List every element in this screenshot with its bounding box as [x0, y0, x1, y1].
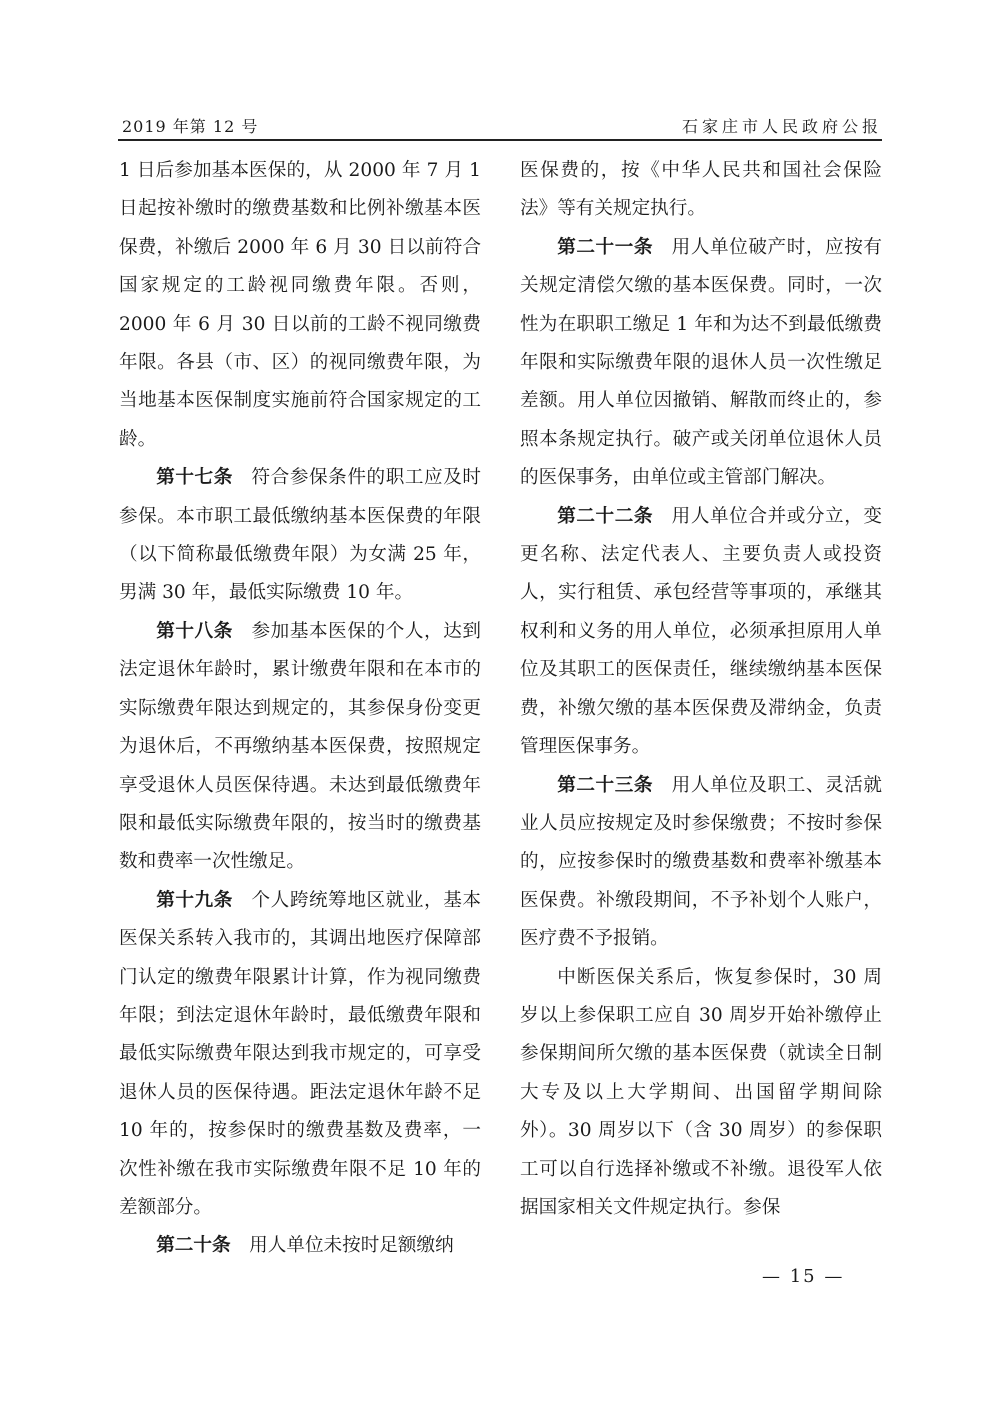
- right-column: 医保费的，按《中华人民共和国社会保险法》等有关规定执行。 第二十一条用人单位破产…: [520, 152, 882, 1227]
- article-18: 第十八条参加基本医保的个人，达到法定退休年龄时，累计缴费年限和在本市的实际缴费年…: [119, 613, 481, 882]
- article-23: 第二十三条用人单位及职工、灵活就业人员应按规定及时参保缴费；不按时参保的，应按参…: [520, 767, 882, 959]
- page-number: — 15 —: [762, 1266, 844, 1287]
- paragraph-text: 用人单位合并或分立，变更名称、法定代表人、主要负责人或投资人，实行租赁、承包经营…: [520, 506, 882, 757]
- article-17: 第十七条符合参保条件的职工应及时参保。本市职工最低缴纳基本医保费的年限（以下简称…: [119, 459, 481, 613]
- paragraph-text: 用人单位及职工、灵活就业人员应按规定及时参保缴费；不按时参保的，应按参保时的缴费…: [520, 775, 882, 950]
- paragraph: 医保费的，按《中华人民共和国社会保险法》等有关规定执行。: [520, 152, 882, 229]
- paragraph: 中断医保关系后，恢复参保时，30 周岁以上参保职工应自 30 周岁开始补缴停止参…: [520, 959, 882, 1228]
- paragraph-text: 医保费的，按《中华人民共和国社会保险法》等有关规定执行。: [520, 160, 882, 219]
- article-heading: 第二十三条: [557, 775, 653, 796]
- paragraph-text: 1 日后参加基本医保的，从 2000 年 7 月 1 日起按补缴时的缴费基数和比…: [119, 160, 481, 450]
- left-column: 1 日后参加基本医保的，从 2000 年 7 月 1 日起按补缴时的缴费基数和比…: [119, 152, 481, 1266]
- article-20: 第二十条用人单位未按时足额缴纳: [119, 1227, 481, 1265]
- paragraph-text: 用人单位破产时，应按有关规定清偿欠缴的基本医保费。同时，一次性为在职职工缴足 1…: [520, 237, 882, 488]
- article-heading: 第二十条: [156, 1235, 230, 1256]
- article-heading: 第二十一条: [557, 237, 653, 258]
- paragraph-text: 个人跨统筹地区就业，基本医保关系转入我市的，其调出地医疗保障部门认定的缴费年限累…: [119, 890, 481, 1218]
- article-heading: 第十九条: [156, 890, 233, 911]
- running-header: 2019 年第 12 号 石家庄市人民政府公报: [118, 112, 882, 141]
- article-heading: 第十七条: [156, 467, 233, 488]
- article-heading: 第二十二条: [557, 506, 653, 527]
- paragraph-text: 用人单位未按时足额缴纳: [249, 1235, 454, 1256]
- article-19: 第十九条个人跨统筹地区就业，基本医保关系转入我市的，其调出地医疗保障部门认定的缴…: [119, 882, 481, 1228]
- paragraph-text: 参加基本医保的个人，达到法定退休年龄时，累计缴费年限和在本市的实际缴费年限达到规…: [119, 621, 481, 872]
- issue-number: 2019 年第 12 号: [122, 114, 258, 137]
- article-22: 第二十二条用人单位合并或分立，变更名称、法定代表人、主要负责人或投资人，实行租赁…: [520, 498, 882, 767]
- article-heading: 第十八条: [156, 621, 233, 642]
- paragraph: 1 日后参加基本医保的，从 2000 年 7 月 1 日起按补缴时的缴费基数和比…: [119, 152, 481, 459]
- article-21: 第二十一条用人单位破产时，应按有关规定清偿欠缴的基本医保费。同时，一次性为在职职…: [520, 229, 882, 498]
- paragraph-text: 中断医保关系后，恢复参保时，30 周岁以上参保职工应自 30 周岁开始补缴停止参…: [520, 967, 882, 1218]
- publication-title: 石家庄市人民政府公报: [682, 114, 882, 137]
